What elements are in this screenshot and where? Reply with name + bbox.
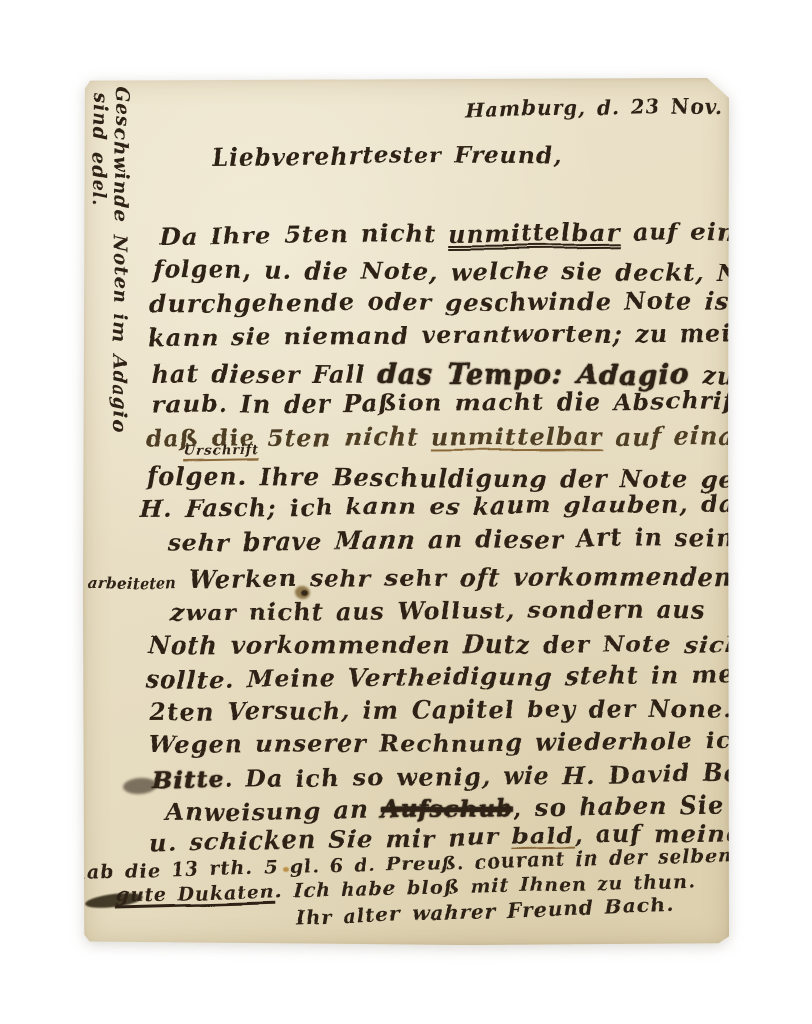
- handwriting-segment: gute Dukaten: [115, 881, 276, 907]
- body-line: Noth vorkommenden Dutz der Note sich sto…: [148, 632, 812, 658]
- body-line: durchgehende oder geschwinde Note ist, s…: [150, 289, 795, 316]
- handwriting-segment: durchgehende oder geschwinde Note ist, s…: [150, 286, 795, 318]
- handwriting-segment: auf einander: [619, 216, 812, 246]
- handwriting-segment: 2ten Versuch, im Capitel bey der None.: [150, 694, 733, 726]
- body-line: H. Fasch; ich kann es kaum glauben, daß …: [140, 491, 812, 521]
- margin-note-line: sind edel.: [89, 92, 109, 208]
- handwriting-segment: bald: [511, 821, 574, 851]
- body-line: 2ten Versuch, im Capitel bey der None.: [150, 697, 733, 724]
- body-line: kann sie niemand verantworten; zu meinem…: [148, 320, 812, 350]
- body-line: Wegen unserer Rechnung wiederhole ich me…: [148, 728, 812, 757]
- handwriting-segment: . Da ich so wenig, wie H. David Bach,: [224, 758, 784, 793]
- body-line: folgen, u. die Note, welche sie deckt, N…: [152, 258, 812, 286]
- handwriting-segment: Liebverehrtester Freund,: [212, 141, 562, 171]
- handwriting-segment: sollte. Meine Vertheidigung steht in mei…: [145, 659, 806, 694]
- handwriting-segment: raub. In der Paßion macht die Abschrift,: [152, 386, 756, 419]
- body-line: arbeiteten Werken sehr sehr oft vorkomme…: [88, 564, 773, 592]
- margin-note-line: Geschwinde Noten im Adagio: [109, 86, 131, 434]
- handwriting-segment: Wegen unserer Rechnung wiederhole ich me…: [148, 725, 812, 759]
- handwriting-segment: auf einander: [603, 421, 802, 451]
- body-line: hat dieser Fall das Tempo: Adagio zu: [152, 360, 735, 389]
- handwriting-segment: Werken sehr sehr oft vorkommenden u.: [176, 561, 773, 593]
- handwriting-segment: Geschwinde Noten im Adagio: [108, 86, 133, 434]
- body-line: zwar nicht aus Wollust, sondern aus: [170, 597, 706, 625]
- handwriting-segment: Noth vorkommenden Dutz der Note sich sto…: [148, 629, 812, 660]
- handwriting-segment: unmittelbar: [447, 218, 619, 248]
- salutation: Liebverehrtester Freund,: [212, 143, 562, 169]
- insertion-word: Urschrift: [183, 445, 258, 459]
- handwriting-segment: H. Fasch; ich kann es kaum glauben, daß …: [140, 488, 812, 523]
- handwriting-segment: sehr brave Mann an dieser Art in seinen …: [168, 521, 812, 557]
- handwriting-segment: Aufschub: [380, 793, 515, 824]
- dateline: Hamburg, d. 23 Nov. 84. –: [465, 94, 795, 120]
- handwriting-segment: Urschrift: [183, 444, 259, 460]
- handwriting-segment: hat dieser Fall: [152, 359, 378, 389]
- handwriting-segment: Anweisung an: [165, 795, 380, 827]
- body-line: raub. In der Paßion macht die Abschrift,: [152, 389, 756, 417]
- handwriting-segment: Da Ihre 5ten nicht: [160, 219, 448, 250]
- body-line: sehr brave Mann an dieser Art in seinen …: [168, 524, 812, 555]
- letter-paper: Hamburg, d. 23 Nov. 84. –Liebverehrteste…: [83, 78, 729, 945]
- body-line: Da Ihre 5ten nicht unmittelbar auf einan…: [160, 219, 812, 248]
- handwriting-segment: kann sie niemand verantworten; zu meinem…: [148, 317, 812, 352]
- handwriting-segment: , auf meine Kosten ich: [574, 815, 812, 850]
- handwriting-segment: , so haben Sie die Güte: [514, 788, 812, 822]
- handwriting-segment: Hamburg, d. 23 Nov. 84. –: [465, 92, 795, 122]
- handwriting-segment: Bitte: [152, 764, 224, 794]
- photo-background: Hamburg, d. 23 Nov. 84. –Liebverehrteste…: [0, 0, 812, 1024]
- body-line: Bitte. Da ich so wenig, wie H. David Bac…: [152, 761, 783, 792]
- handwriting-segment: sind edel.: [88, 92, 111, 208]
- handwriting-segment: arbeiteten: [88, 574, 177, 592]
- handwriting-segment: unmittelbar: [431, 422, 603, 452]
- ink-layer: Hamburg, d. 23 Nov. 84. –Liebverehrteste…: [83, 78, 729, 945]
- handwriting-segment: zwar nicht aus Wollust, sondern aus: [170, 594, 706, 627]
- handwriting-segment: folgen, u. die Note, welche sie deckt, N…: [152, 255, 812, 288]
- body-line: sollte. Meine Vertheidigung steht in mei…: [145, 662, 806, 692]
